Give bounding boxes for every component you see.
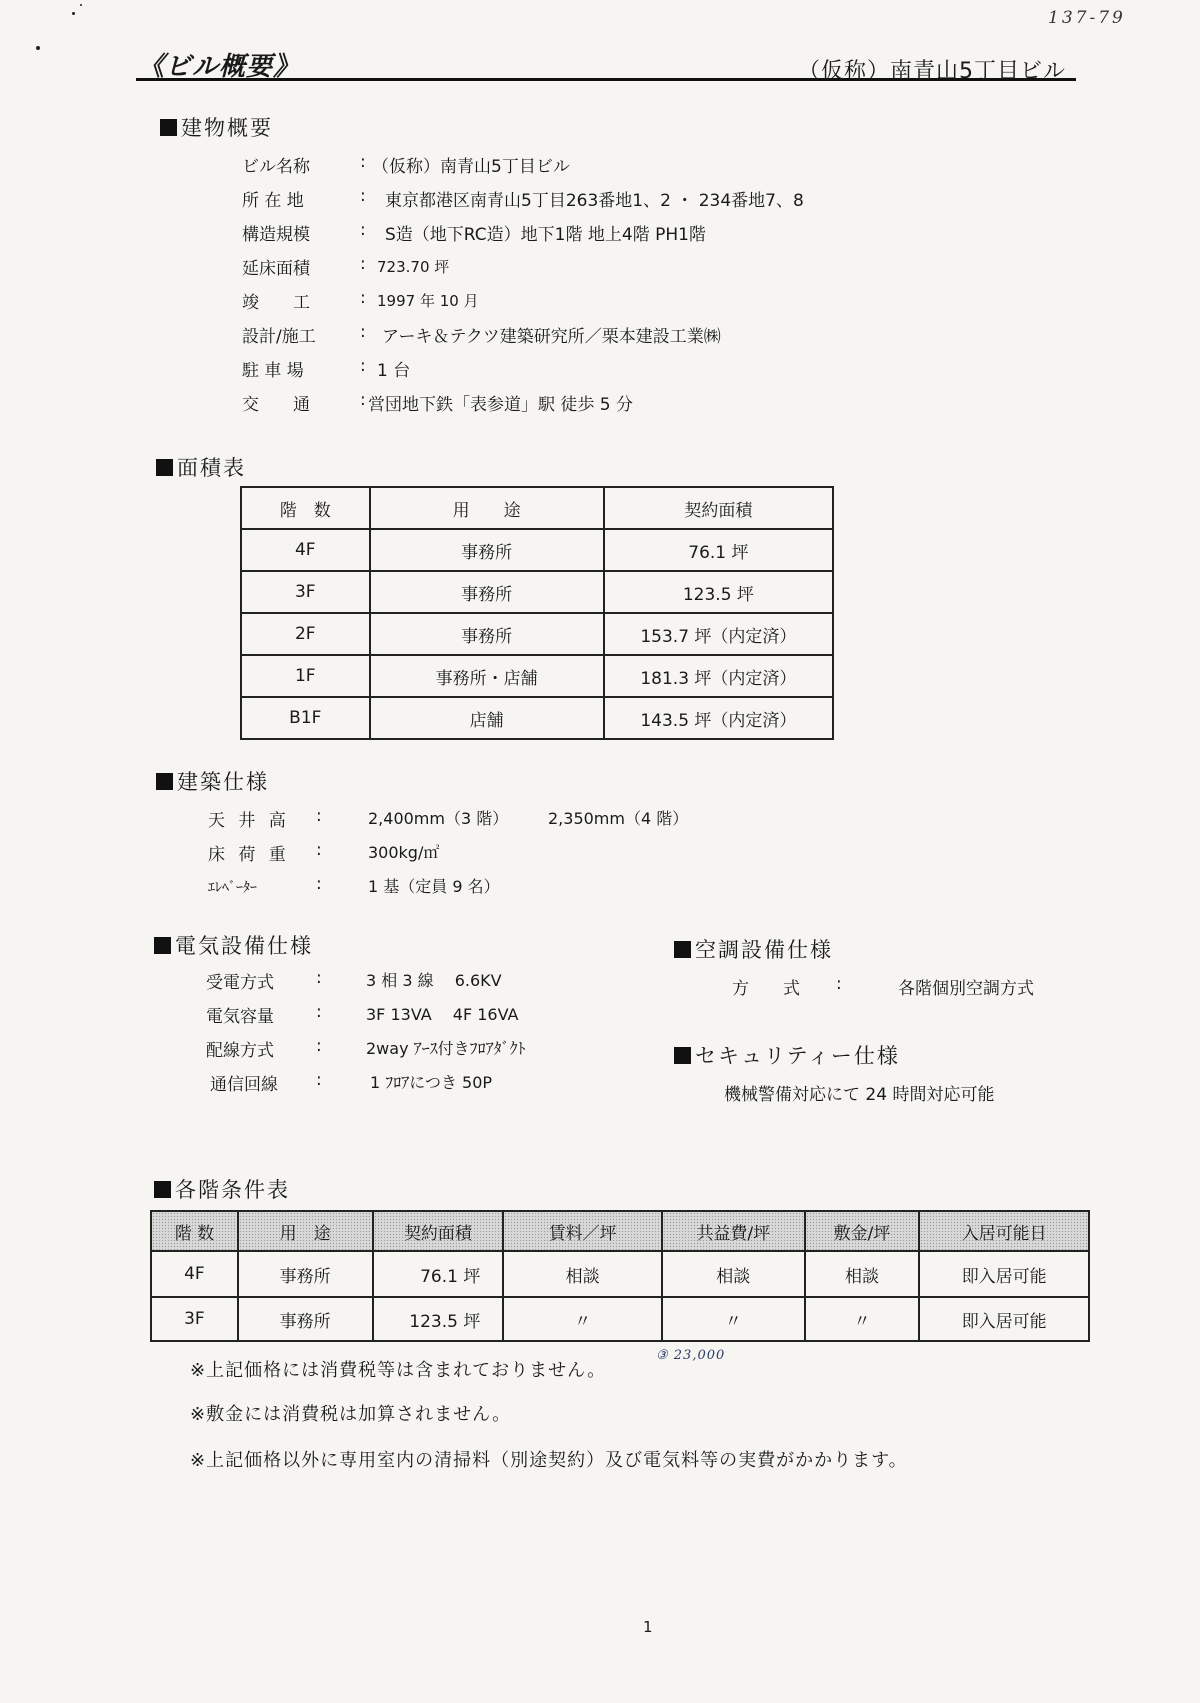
colon: : [316, 1036, 322, 1056]
table-row: 3F 事務所 123.5 坪 [241, 571, 833, 613]
area-cell: 123.5 坪 [604, 571, 833, 613]
floor-cell: 3F [151, 1297, 238, 1341]
overview-value: 1997 年 10 月 [377, 290, 479, 311]
colon: : [360, 152, 366, 172]
overview-value: S造（地下RC造）地下1階 地上4階 PH1階 [385, 220, 706, 245]
use-cell: 事務所 [370, 571, 604, 613]
floor-cell: 2F [241, 613, 370, 655]
building-name-header: （仮称）南青山5丁目ビル [798, 54, 1066, 85]
scan-speck [36, 46, 40, 50]
floor-cell: B1F [241, 697, 370, 739]
section-heading-security-spec: セキュリティー仕様 [674, 1040, 900, 1070]
use-cell: 事務所 [238, 1251, 373, 1297]
overview-row: 所 在 地 : 東京都港区南青山5丁目263番地1、2 ・ 234番地7、8 [242, 186, 1042, 210]
column-header: 入居可能日 [919, 1211, 1089, 1251]
overview-label: 所 在 地 [242, 186, 304, 211]
column-header: 賃料／坪 [503, 1211, 662, 1251]
security-spec-value: 機械警備対応にて 24 時間対応可能 [724, 1080, 994, 1105]
section-heading-building-overview: 建物概要 [160, 112, 273, 142]
overview-label: 延床面積 [242, 254, 310, 279]
spec-row: 配線方式 : 2way ｱｰｽ付きﾌﾛｱﾀﾞｸﾄ [206, 1036, 646, 1060]
note-additional-fees: ※上記価格以外に専用室内の清掃料（別途契約）及び電気料等の実費がかかります。 [190, 1446, 908, 1472]
colon: : [360, 186, 366, 206]
spec-row: ｴﾚﾍﾞｰﾀｰ : 1 基（定員 9 名） [208, 874, 908, 898]
square-bullet-icon [674, 941, 691, 958]
square-bullet-icon [154, 1181, 171, 1198]
common-fee-cell: 相談 [662, 1251, 805, 1297]
overview-row: 竣 工 : 1997 年 10 月 [242, 288, 1042, 312]
section-heading-area-table: 面積表 [156, 452, 246, 482]
area-cell: 123.5 坪 [373, 1297, 504, 1341]
spec-row: 受電方式 : 3 相 3 線 6.6KV [206, 968, 646, 992]
use-cell: 事務所 [370, 529, 604, 571]
spec-value: 3 相 3 線 6.6KV [366, 968, 502, 991]
deposit-cell: 相談 [805, 1251, 920, 1297]
colon: : [836, 974, 842, 994]
spec-value-secondary: 2,350mm（4 階） [548, 806, 688, 829]
spec-value: 2way ｱｰｽ付きﾌﾛｱﾀﾞｸﾄ [366, 1036, 526, 1059]
floor-conditions-table: 階 数 用 途 契約面積 賃料／坪 共益費/坪 敷金/坪 入居可能日 4F 事務… [150, 1210, 1090, 1342]
overview-label: 駐 車 場 [242, 356, 304, 381]
move-in-cell: 即入居可能 [919, 1297, 1089, 1341]
table-row: 3F 事務所 123.5 坪 〃 〃 〃 即入居可能 [151, 1297, 1089, 1341]
column-header: 契約面積 [373, 1211, 504, 1251]
floor-cell: 3F [241, 571, 370, 613]
handwritten-annotation: ③ 23,000 [656, 1348, 725, 1363]
spec-value: 3F 13VA 4F 16VA [366, 1002, 518, 1025]
colon: : [360, 322, 366, 342]
square-bullet-icon [154, 937, 171, 954]
overview-label: ビル名称 [242, 152, 310, 177]
floor-cell: 4F [151, 1251, 238, 1297]
square-bullet-icon [156, 459, 173, 476]
table-row: 4F 事務所 76.1 坪 [241, 529, 833, 571]
spec-label: 方 式 [732, 974, 800, 999]
table-row: B1F 店舗 143.5 坪（内定済） [241, 697, 833, 739]
floor-conditions-header-row: 階 数 用 途 契約面積 賃料／坪 共益費/坪 敷金/坪 入居可能日 [151, 1211, 1089, 1251]
colon: : [360, 288, 366, 308]
building-overview-list: ビル名称 : （仮称）南青山5丁目ビル 所 在 地 : 東京都港区南青山5丁目2… [242, 152, 1042, 432]
spec-label: 配線方式 [206, 1036, 274, 1061]
square-bullet-icon [156, 773, 173, 790]
colon: : [316, 874, 322, 894]
spec-label: 床 荷 重 [208, 840, 290, 865]
table-row: 1F 事務所・店舗 181.3 坪（内定済） [241, 655, 833, 697]
hvac-spec-row: 方 式 : 各階個別空調方式 [732, 974, 1092, 998]
table-row: 4F 事務所 76.1 坪 相談 相談 相談 即入居可能 [151, 1251, 1089, 1297]
colon: : [360, 390, 366, 410]
floor-cell: 4F [241, 529, 370, 571]
column-header: 用 途 [370, 487, 604, 529]
rent-cell: 相談 [503, 1251, 662, 1297]
spec-row: 通信回線 : 1 ﾌﾛｱにつき 50P [206, 1070, 646, 1094]
scan-speck [80, 4, 82, 6]
overview-value: 1 台 [377, 356, 410, 381]
spec-label: 電気容量 [206, 1002, 274, 1027]
floor-cell: 1F [241, 655, 370, 697]
spec-row: 床 荷 重 : 300kg/㎡ [208, 840, 908, 864]
overview-row: 延床面積 : 723.70 坪 [242, 254, 1042, 278]
note-tax-excluded: ※上記価格には消費税等は含まれておりません。 [190, 1356, 606, 1382]
colon: : [316, 806, 322, 826]
colon: : [316, 840, 322, 860]
colon: : [316, 968, 322, 988]
spec-label: 通信回線 [210, 1070, 278, 1095]
column-header: 用 途 [238, 1211, 373, 1251]
section-heading-hvac-spec: 空調設備仕様 [674, 934, 833, 964]
column-header: 敷金/坪 [805, 1211, 920, 1251]
colon: : [360, 220, 366, 240]
spec-label: ｴﾚﾍﾞｰﾀｰ [208, 877, 257, 897]
overview-label: 設計/施工 [242, 322, 316, 347]
overview-value: （仮称）南青山5丁目ビル [372, 152, 570, 177]
column-header: 階 数 [241, 487, 370, 529]
rent-cell: 〃 [503, 1297, 662, 1341]
colon: : [360, 356, 366, 376]
square-bullet-icon [674, 1047, 691, 1064]
overview-row: 構造規模 : S造（地下RC造）地下1階 地上4階 PH1階 [242, 220, 1042, 244]
spec-row: 天 井 高 : 2,400mm（3 階） 2,350mm（4 階） [208, 806, 908, 830]
colon: : [316, 1070, 322, 1090]
overview-value: 営団地下鉄「表参道」駅 徒歩 5 分 [368, 390, 633, 415]
architecture-spec-list: 天 井 高 : 2,400mm（3 階） 2,350mm（4 階） 床 荷 重 … [208, 806, 908, 906]
area-cell: 153.7 坪（内定済） [604, 613, 833, 655]
colon: : [360, 254, 366, 274]
area-cell: 76.1 坪 [604, 529, 833, 571]
section-heading-architecture-spec: 建築仕様 [156, 766, 269, 796]
overview-label: 交 通 [242, 390, 310, 415]
spec-label: 受電方式 [206, 968, 274, 993]
overview-label: 竣 工 [242, 288, 310, 313]
table-row: 2F 事務所 153.7 坪（内定済） [241, 613, 833, 655]
spec-value: 各階個別空調方式 [898, 974, 1034, 999]
area-table: 階 数 用 途 契約面積 4F 事務所 76.1 坪 3F 事務所 123.5 … [240, 486, 834, 740]
use-cell: 事務所・店舗 [370, 655, 604, 697]
spec-row: 電気容量 : 3F 13VA 4F 16VA [206, 1002, 646, 1026]
overview-value: 東京都港区南青山5丁目263番地1、2 ・ 234番地7、8 [385, 186, 804, 211]
square-bullet-icon [160, 119, 177, 136]
overview-row: 交 通 : 営団地下鉄「表参道」駅 徒歩 5 分 [242, 390, 1042, 414]
overview-value: 723.70 坪 [377, 256, 449, 277]
column-header: 契約面積 [604, 487, 833, 529]
use-cell: 事務所 [238, 1297, 373, 1341]
spec-value: 300kg/㎡ [368, 840, 439, 863]
section-heading-floor-conditions: 各階条件表 [154, 1174, 290, 1204]
area-cell: 76.1 坪 [373, 1251, 504, 1297]
use-cell: 事務所 [370, 613, 604, 655]
spec-label: 天 井 高 [208, 806, 290, 831]
overview-row: 駐 車 場 : 1 台 [242, 356, 1042, 380]
electrical-spec-list: 受電方式 : 3 相 3 線 6.6KV 電気容量 : 3F 13VA 4F 1… [206, 968, 646, 1098]
handwritten-reference: 137-79 [1048, 8, 1126, 28]
overview-value: アーキ＆テクツ建築研究所／栗本建設工業㈱ [382, 322, 721, 347]
deposit-cell: 〃 [805, 1297, 920, 1341]
spec-value: 2,400mm（3 階） [368, 806, 508, 829]
column-header: 共益費/坪 [662, 1211, 805, 1251]
spec-value: 1 基（定員 9 名） [368, 874, 500, 897]
overview-row: ビル名称 : （仮称）南青山5丁目ビル [242, 152, 1042, 176]
area-table-header-row: 階 数 用 途 契約面積 [241, 487, 833, 529]
note-deposit-tax: ※敷金には消費税は加算されません。 [190, 1400, 511, 1426]
spec-value: 1 ﾌﾛｱにつき 50P [370, 1070, 492, 1093]
area-cell: 181.3 坪（内定済） [604, 655, 833, 697]
colon: : [316, 1002, 322, 1022]
column-header: 階 数 [151, 1211, 238, 1251]
section-heading-electrical-spec: 電気設備仕様 [154, 930, 313, 960]
overview-row: 設計/施工 : アーキ＆テクツ建築研究所／栗本建設工業㈱ [242, 322, 1042, 346]
overview-label: 構造規模 [242, 220, 310, 245]
move-in-cell: 即入居可能 [919, 1251, 1089, 1297]
page-number: 1 [643, 1618, 653, 1636]
scan-speck [72, 12, 75, 15]
use-cell: 店舗 [370, 697, 604, 739]
common-fee-cell: 〃 [662, 1297, 805, 1341]
area-cell: 143.5 坪（内定済） [604, 697, 833, 739]
